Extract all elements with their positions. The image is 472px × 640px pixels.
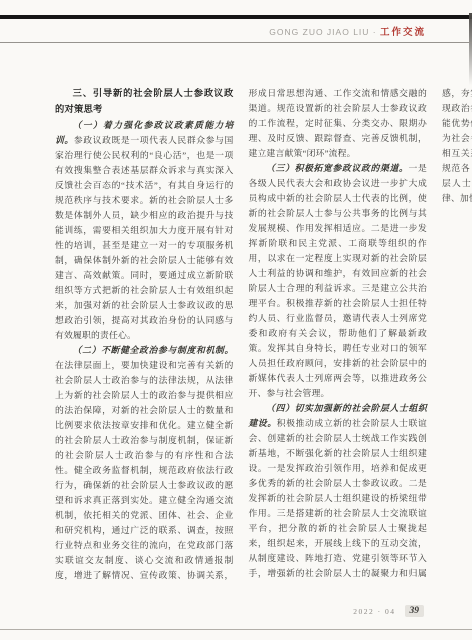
issue-label: 2022 · 04	[353, 607, 395, 616]
page-header: GONG ZUO JIAO LIU · 工作交流	[269, 24, 426, 38]
article-credits: （作者系吉首市委统战部常务副部长） 责任编辑：申向涛	[442, 222, 472, 256]
paragraph-3-lead: （三）积极拓宽参政议政的渠道。	[266, 163, 408, 173]
bottom-rule	[0, 629, 472, 630]
article-body: 三、引导新的社会阶层人士参政议政的对策思考 （一）着力强化参政议政素质能力培训。…	[55, 86, 427, 586]
top-rule	[0, 15, 472, 19]
paragraph-2-lead: （二）不断健全政治参与制度和机制。	[73, 345, 234, 355]
paragraph-3: （三）积极拓宽参政议政的渠道。一是各级人民代表大会和政协会议进一步扩大成员构成中…	[249, 161, 428, 401]
paragraph-1-text: 参政议政既是一项代表人民群众参与国家治理行使公民权利的“良心活”，也是一项有效搜…	[55, 135, 234, 340]
header-separator: ·	[369, 27, 380, 37]
page-number-badge: 39	[405, 605, 425, 617]
paragraph-1: （一）着力强化参政议政素质能力培训。参政议政既是一项代表人民群众参与国家治理行使…	[55, 118, 234, 343]
page-footer: 2022 · 04 39	[353, 605, 424, 617]
paragraph-3-text: 一是各级人民代表大会和政协会议进一步扩大成员构成中新的社会阶层人士代表的比例，使…	[249, 163, 428, 398]
author-note: （作者系吉首市委统战部常务副部长）	[442, 222, 472, 239]
section-heading: 三、引导新的社会阶层人士参政议政的对策思考	[55, 86, 234, 118]
journal-page: GONG ZUO JIAO LIU · 工作交流 三、引导新的社会阶层人士参政议…	[0, 0, 472, 640]
column-name: 工作交流	[380, 27, 426, 38]
header-rule	[0, 42, 472, 43]
editor-note: 责任编辑：申向涛	[442, 239, 472, 256]
journal-title-pinyin: GONG ZUO JIAO LIU	[269, 27, 369, 37]
